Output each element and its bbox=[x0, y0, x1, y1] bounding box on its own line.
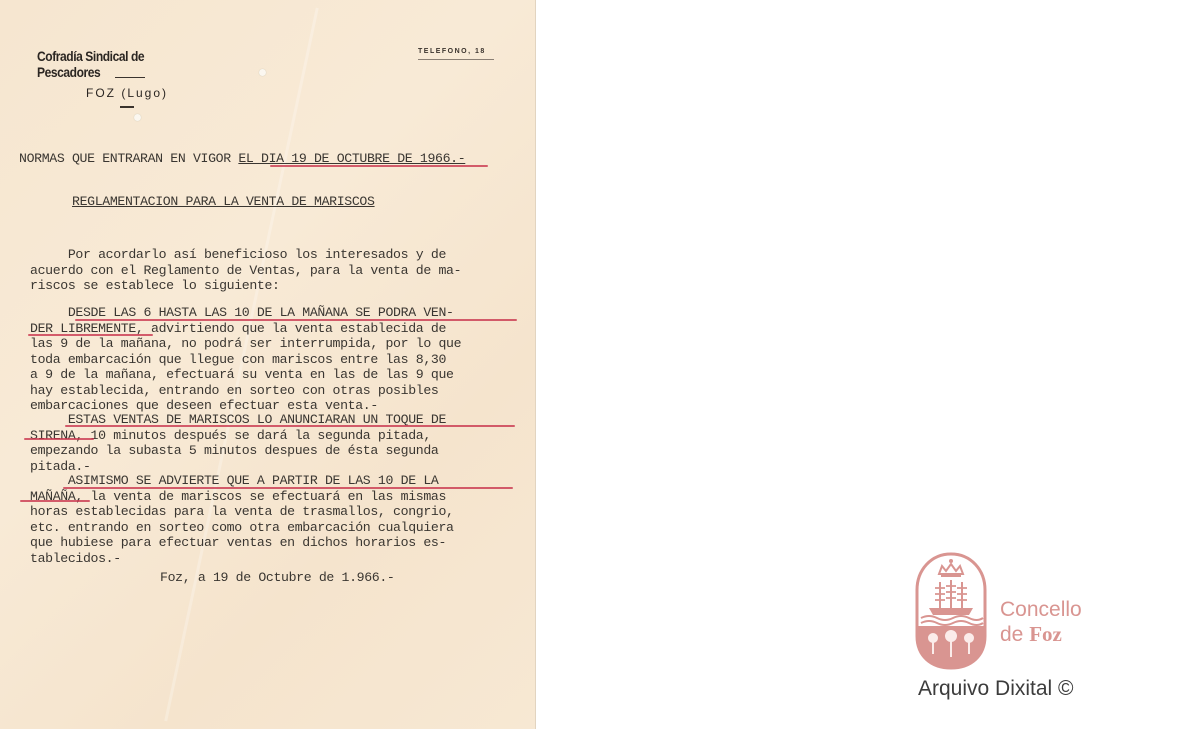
letterhead-organization: Cofradía Sindical de Pescadores bbox=[37, 48, 200, 80]
concello-de-foz-brand: Concello de Foz bbox=[1000, 598, 1082, 647]
paragraph-line: empezando la subasta 5 minutos despues d… bbox=[30, 443, 446, 459]
letterhead-city: FOZ (Lugo) bbox=[86, 86, 168, 100]
intro-line: acuerdo con el Reglamento de Ventas, par… bbox=[30, 263, 461, 279]
brand-prefix: de bbox=[1000, 623, 1029, 646]
heading-part1: NORMAS QUE ENTRARAN EN VIGOR bbox=[19, 151, 238, 166]
intro-line: riscos se establece lo siguiente: bbox=[30, 278, 461, 294]
paragraph-1: DESDE LAS 6 HASTA LAS 10 DE LA MAÑANA SE… bbox=[30, 305, 461, 414]
red-pencil-underline bbox=[75, 319, 517, 321]
scanned-document: Cofradía Sindical de Pescadores FOZ (Lug… bbox=[0, 0, 536, 729]
intro-line: Por acordarlo así beneficioso los intere… bbox=[30, 247, 461, 263]
paragraph-line: pitada.- bbox=[30, 459, 446, 475]
paragraph-line: SIRENA, 10 minutos después se dará la se… bbox=[30, 428, 446, 444]
paragraph-line: que hubiese para efectuar ventas en dich… bbox=[30, 535, 454, 551]
paragraph-2: ESTAS VENTAS DE MARISCOS LO ANUNCIARAN U… bbox=[30, 412, 446, 474]
paragraph-line: a 9 de la mañana, efectuará su venta en … bbox=[30, 367, 461, 383]
red-pencil-underline bbox=[28, 334, 153, 336]
red-pencil-underline bbox=[20, 500, 90, 502]
paragraph-line: hay establecida, entrando en sorteo con … bbox=[30, 383, 461, 399]
brand-line-1: Concello bbox=[1000, 598, 1082, 622]
letterhead-divider bbox=[115, 77, 145, 78]
heading-date: EL DIA 19 DE OCTUBRE DE 1966.- bbox=[238, 151, 465, 166]
document-title: REGLAMENTACION PARA LA VENTA DE MARISCOS bbox=[72, 194, 375, 210]
red-pencil-underline bbox=[65, 425, 515, 427]
paragraph-line: MAÑAÑA, la venta de mariscos se efectuar… bbox=[30, 489, 454, 505]
closing-date: Foz, a 19 de Octubre de 1.966.- bbox=[160, 570, 394, 586]
paragraph-line: etc. entrando en sorteo como otra embarc… bbox=[30, 520, 454, 536]
coat-of-arms-ship-crown-trees-icon bbox=[915, 552, 987, 670]
phone-underline bbox=[418, 59, 494, 60]
paragraph-line: las 9 de la mañana, no podrá ser interru… bbox=[30, 336, 461, 352]
intro-paragraph: Por acordarlo así beneficioso los intere… bbox=[30, 247, 461, 294]
brand-line-2: de Foz bbox=[1000, 622, 1082, 647]
red-pencil-underline bbox=[63, 487, 513, 489]
archive-label: Arquivo Dixital © bbox=[918, 677, 1074, 701]
letterhead-phone: TELEFONO, 18 bbox=[418, 48, 486, 55]
letterhead-divider-small bbox=[120, 106, 134, 108]
paragraph-line: toda embarcación que llegue con mariscos… bbox=[30, 352, 461, 368]
paragraph-line: horas establecidas para la venta de tras… bbox=[30, 504, 454, 520]
brand-bold: Foz bbox=[1029, 622, 1062, 646]
punch-hole bbox=[259, 69, 266, 76]
red-pencil-underline bbox=[270, 165, 488, 167]
red-pencil-underline bbox=[24, 438, 94, 440]
punch-hole bbox=[134, 114, 141, 121]
paragraph-line: tablecidos.- bbox=[30, 551, 454, 567]
